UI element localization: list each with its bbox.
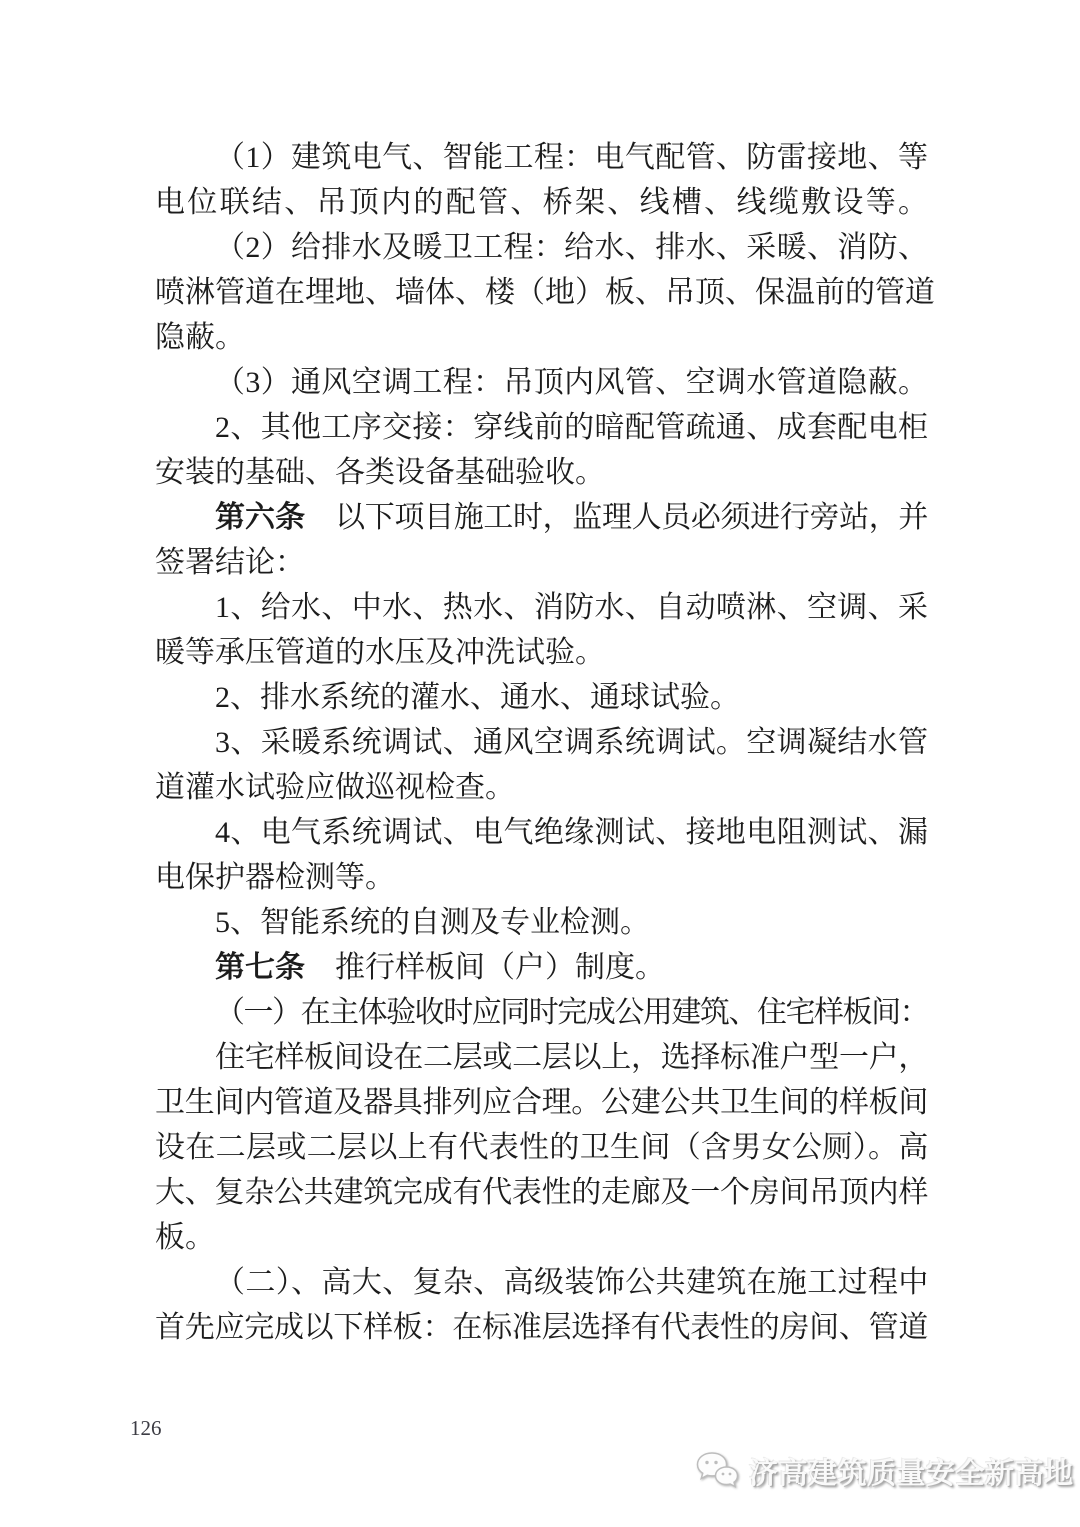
text-line: 电位联结、吊顶内的配管、桥架、线槽、线缆敷设等。	[155, 180, 928, 225]
text-line: 住宅样板间设在二层或二层以上，选择标准户型一户，	[155, 1035, 928, 1080]
line-text: 1、给水、中水、热水、消防水、自动喷淋、空调、采	[215, 591, 928, 624]
line-text: 喷淋管道在埋地、墙体、楼（地）板、吊顶、保温前的管道	[155, 276, 935, 309]
line-text: 3、采暖系统调试、通风空调系统调试。空调凝结水管	[215, 726, 928, 759]
line-text: 卫生间内管道及器具排列应合理。公建公共卫生间的样板间	[155, 1086, 928, 1119]
line-text: 签署结论：	[155, 546, 305, 579]
text-line: 5、智能系统的自测及专业检测。	[155, 900, 928, 945]
line-text: 设在二层或二层以上有代表性的卫生间（含男女公厕）。高	[155, 1131, 928, 1164]
line-text: （一）在主体验收时应同时完成公用建筑、住宅样板间：	[215, 996, 928, 1029]
text-line: 安装的基础、各类设备基础验收。	[155, 450, 928, 495]
text-line: 喷淋管道在埋地、墙体、楼（地）板、吊顶、保温前的管道	[155, 270, 928, 315]
text-line: 大、复杂公共建筑完成有代表性的走廊及一个房间吊顶内样	[155, 1170, 928, 1215]
body-text: （1）建筑电气、智能工程：电气配管、防雷接地、等电位联结、吊顶内的配管、桥架、线…	[155, 135, 928, 1350]
clause-heading: 第七条	[215, 951, 305, 984]
line-text: 以下项目施工时，监理人员必须进行旁站，并	[335, 501, 928, 534]
line-text: 电保护器检测等。	[155, 861, 395, 894]
line-text: 暖等承压管道的水压及冲洗试验。	[155, 636, 605, 669]
text-line: （3）通风空调工程：吊顶内风管、空调水管道隐蔽。	[155, 360, 928, 405]
text-line: 2、其他工序交接：穿线前的暗配管疏通、成套配电柜	[155, 405, 928, 450]
watermark-text: 济高建筑质量安全新高地	[749, 1451, 1074, 1492]
line-text: 首先应完成以下样板：在标准层选择有代表性的房间、管道	[155, 1311, 928, 1344]
text-line: 第六条以下项目施工时，监理人员必须进行旁站，并	[155, 495, 928, 540]
text-line: 1、给水、中水、热水、消防水、自动喷淋、空调、采	[155, 585, 928, 630]
document-page: （1）建筑电气、智能工程：电气配管、防雷接地、等电位联结、吊顶内的配管、桥架、线…	[0, 0, 1080, 1527]
text-line: （1）建筑电气、智能工程：电气配管、防雷接地、等	[155, 135, 928, 180]
wechat-icon	[695, 1450, 739, 1492]
text-line: 道灌水试验应做巡视检查。	[155, 765, 928, 810]
line-text: 住宅样板间设在二层或二层以上，选择标准户型一户，	[215, 1041, 928, 1074]
text-line: （一）在主体验收时应同时完成公用建筑、住宅样板间：	[155, 990, 928, 1035]
line-text: 4、电气系统调试、电气绝缘测试、接地电阻测试、漏	[215, 816, 928, 849]
line-text: 板。	[155, 1221, 215, 1254]
text-line: 暖等承压管道的水压及冲洗试验。	[155, 630, 928, 675]
line-text: 道灌水试验应做巡视检查。	[155, 771, 515, 804]
text-line: 板。	[155, 1215, 928, 1260]
line-text: （2）给排水及暖卫工程：给水、排水、采暖、消防、	[215, 231, 928, 264]
text-line: 电保护器检测等。	[155, 855, 928, 900]
text-line: 第七条推行样板间（户）制度。	[155, 945, 928, 990]
page-number: 126	[130, 1416, 162, 1441]
text-line: 2、排水系统的灌水、通水、通球试验。	[155, 675, 928, 720]
text-line: （二）、高大、复杂、高级装饰公共建筑在施工过程中	[155, 1260, 928, 1305]
line-text: 隐蔽。	[155, 321, 245, 354]
line-text: （1）建筑电气、智能工程：电气配管、防雷接地、等	[215, 141, 928, 174]
line-text: （3）通风空调工程：吊顶内风管、空调水管道隐蔽。	[215, 366, 928, 399]
text-line: 3、采暖系统调试、通风空调系统调试。空调凝结水管	[155, 720, 928, 765]
text-line: 隐蔽。	[155, 315, 928, 360]
line-text: 大、复杂公共建筑完成有代表性的走廊及一个房间吊顶内样	[155, 1176, 928, 1209]
text-line: 卫生间内管道及器具排列应合理。公建公共卫生间的样板间	[155, 1080, 928, 1125]
line-text: 电位联结、吊顶内的配管、桥架、线槽、线缆敷设等。	[155, 186, 928, 219]
clause-heading: 第六条	[215, 501, 305, 534]
watermark: 济高建筑质量安全新高地	[695, 1450, 1074, 1492]
line-text: 2、其他工序交接：穿线前的暗配管疏通、成套配电柜	[215, 411, 928, 444]
text-line: 签署结论：	[155, 540, 928, 585]
text-line: 4、电气系统调试、电气绝缘测试、接地电阻测试、漏	[155, 810, 928, 855]
line-text: 2、排水系统的灌水、通水、通球试验。	[215, 681, 740, 714]
line-text: 推行样板间（户）制度。	[335, 951, 665, 984]
line-text: （二）、高大、复杂、高级装饰公共建筑在施工过程中	[215, 1266, 928, 1299]
text-line: （2）给排水及暖卫工程：给水、排水、采暖、消防、	[155, 225, 928, 270]
text-line: 首先应完成以下样板：在标准层选择有代表性的房间、管道	[155, 1305, 928, 1350]
text-line: 设在二层或二层以上有代表性的卫生间（含男女公厕）。高	[155, 1125, 928, 1170]
line-text: 安装的基础、各类设备基础验收。	[155, 456, 605, 489]
line-text: 5、智能系统的自测及专业检测。	[215, 906, 650, 939]
